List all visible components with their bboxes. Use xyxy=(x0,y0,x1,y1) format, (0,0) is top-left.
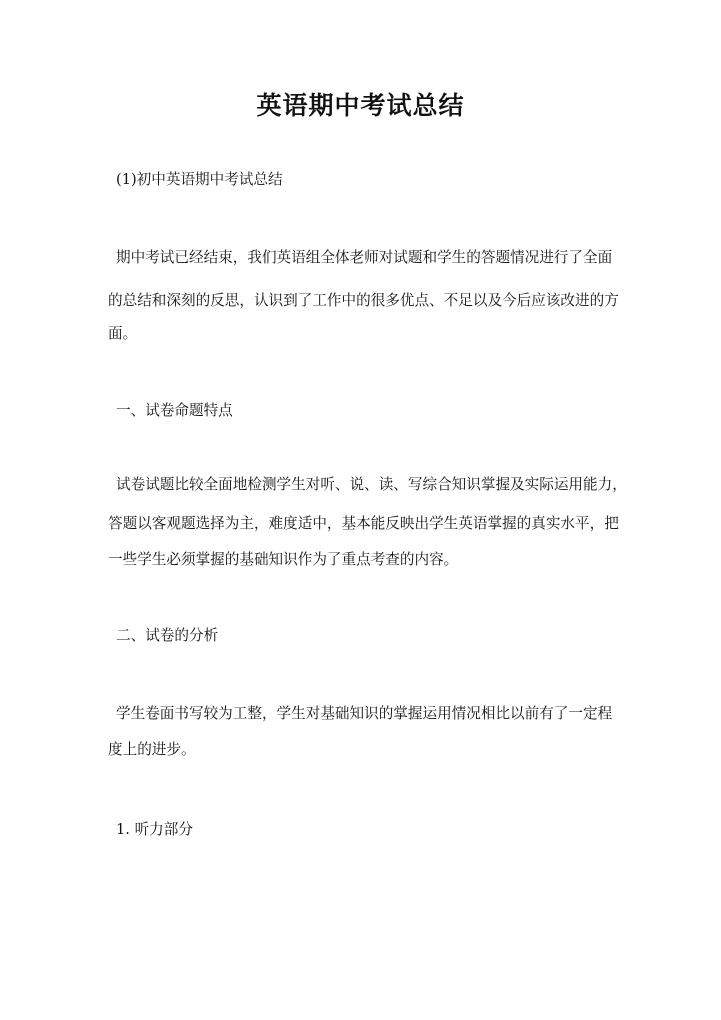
paragraph-line: 期中考试已经结束，我们英语组全体老师对试题和学生的答题情况进行了全面 xyxy=(116,248,612,268)
document-subtitle: (1)初中英语期中考试总结 xyxy=(116,170,283,190)
paragraph-line: 一些学生必须掌握的基础知识作为了重点考查的内容。 xyxy=(108,550,458,570)
paragraph-line: 学生卷面书写较为工整，学生对基础知识的掌握运用情况相比以前有了一定程 xyxy=(116,704,612,724)
paragraph-line: 面。 xyxy=(108,324,137,344)
paragraph-line: 度上的进步。 xyxy=(108,740,196,760)
section-heading-2: 二、试卷的分析 xyxy=(116,626,218,646)
paragraph-line: 的总结和深刻的反思，认识到了工作中的很多优点、不足以及今后应该改进的方 xyxy=(108,291,619,311)
subsection-heading-1: 1. 听力部分 xyxy=(116,820,193,840)
paragraph-line: 答题以客观题选择为主，难度适中，基本能反映出学生英语掌握的真实水平，把 xyxy=(108,514,619,534)
document-title: 英语期中考试总结 xyxy=(0,88,721,124)
document-page: 英语期中考试总结 (1)初中英语期中考试总结 期中考试已经结束，我们英语组全体老… xyxy=(0,0,721,1020)
section-heading-1: 一、试卷命题特点 xyxy=(116,401,233,421)
paragraph-line: 试卷试题比较全面地检测学生对听、说、读、写综合知识掌握及实际运用能力， xyxy=(116,475,627,495)
